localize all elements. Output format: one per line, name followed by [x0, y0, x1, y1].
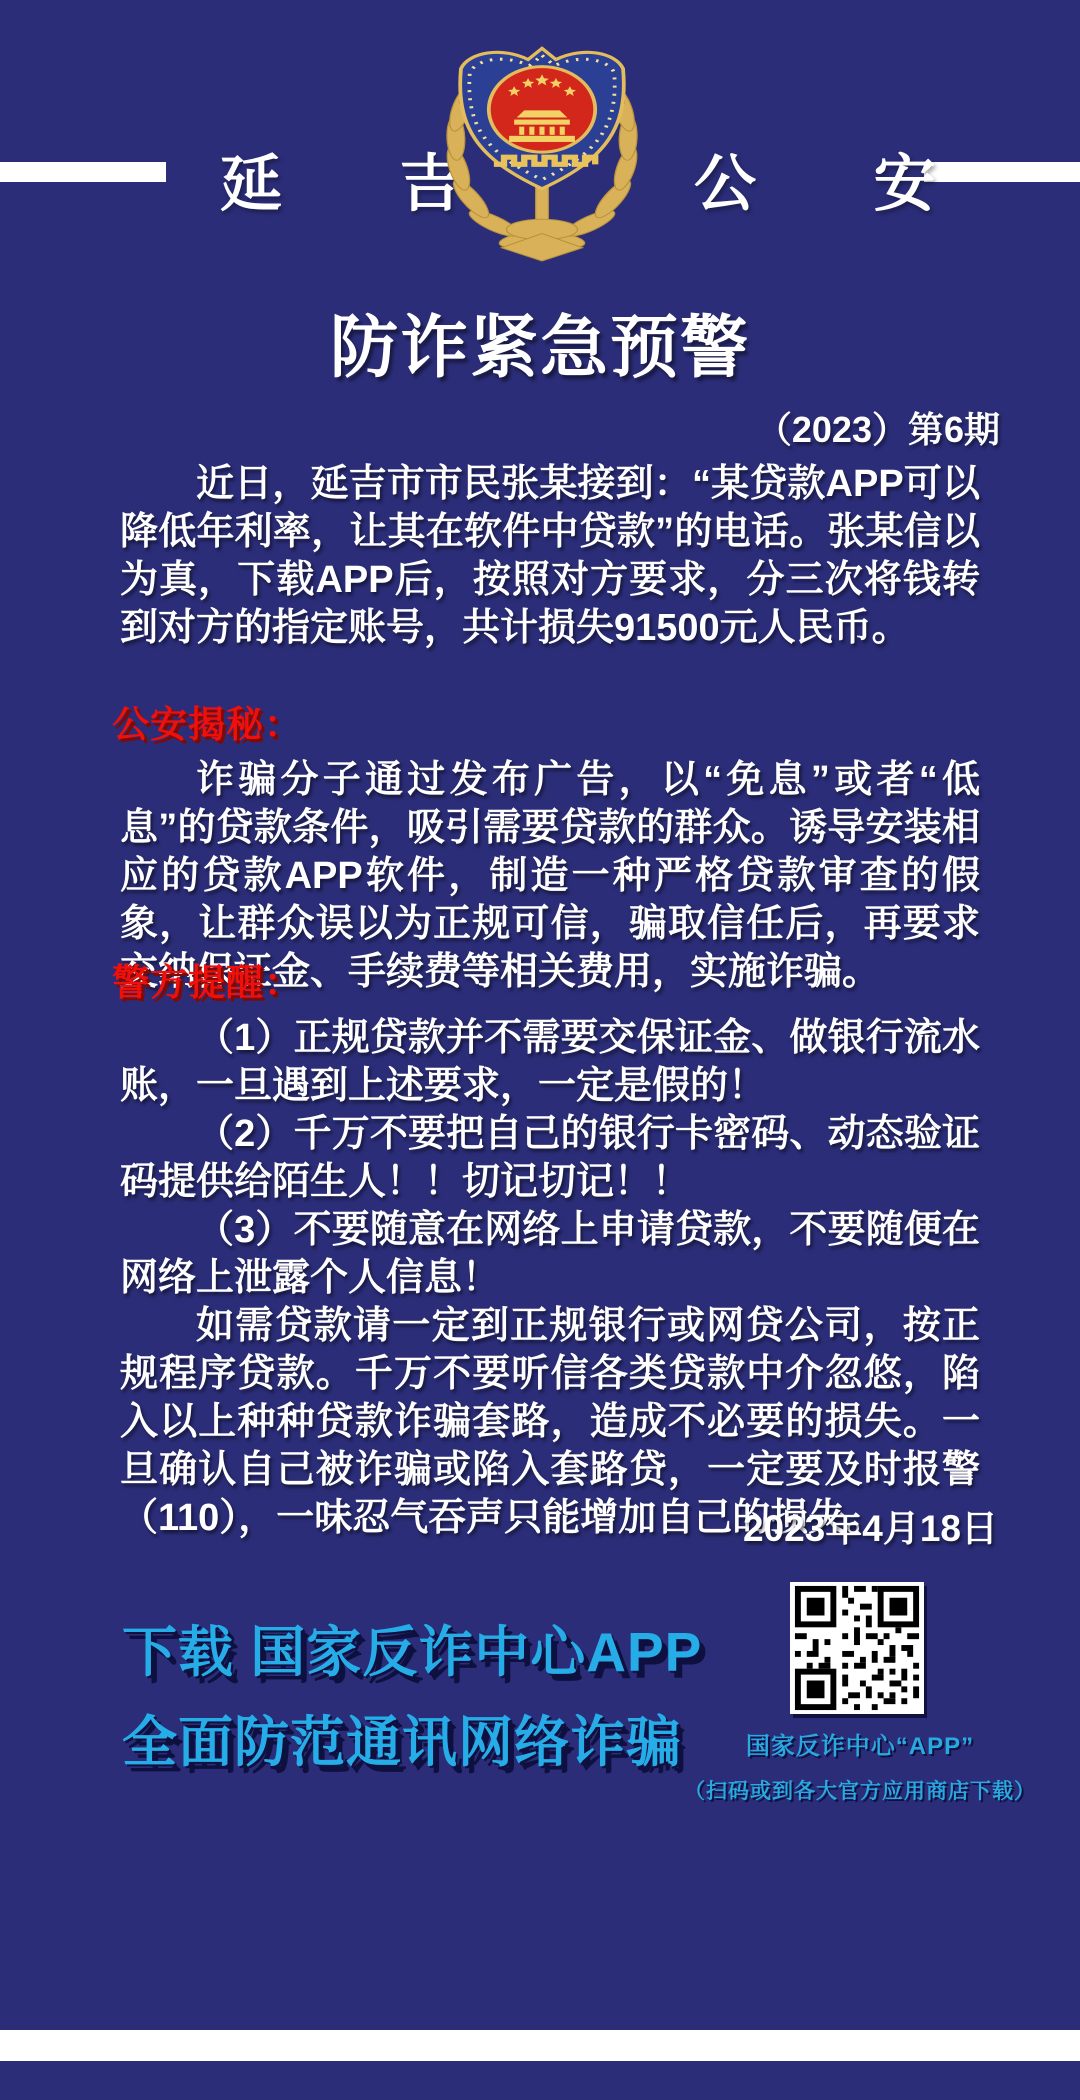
case-paragraph-block: 近日，延吉市市民张某接到：“某贷款APP可以降低年利率，让其在软件中贷款”的电话… — [120, 460, 980, 652]
anti-fraud-poster: 延 吉 公 安 — [0, 0, 1080, 2100]
qr-code — [790, 1582, 924, 1714]
poster-title: 防诈紧急预警 — [0, 294, 1080, 391]
header-left-bar — [0, 162, 166, 182]
issue-number: （2023）第6期 — [756, 402, 1000, 453]
slogan-line-1: 下载 国家反诈中心APP — [122, 1608, 702, 1687]
reveal-heading: 公安揭秘： — [112, 694, 302, 748]
issue-date: 2023年4月18日 — [743, 1498, 998, 1552]
remind-list-block: （1）正规贷款并不需要交保证金、做银行流水账，一旦遇到上述要求，一定是假的！ （… — [120, 1014, 980, 1542]
case-paragraph: 近日，延吉市市民张某接到：“某贷款APP可以降低年利率，让其在软件中贷款”的电话… — [120, 460, 980, 652]
remind-item-3: （3）不要随意在网络上申请贷款，不要随便在网络上泄露个人信息！ — [120, 1206, 980, 1302]
agency-name-right: 公 安 — [694, 134, 984, 223]
qr-caption: 国家反诈中心“APP” — [680, 1726, 1040, 1761]
slogan-line-2: 全面防范通讯网络诈骗 — [122, 1698, 682, 1777]
remind-heading: 警方提醒： — [112, 952, 302, 1006]
police-badge-icon — [428, 28, 656, 262]
qr-captions: 国家反诈中心“APP” （扫码或到各大官方应用商店下载） — [680, 1726, 1040, 1805]
bottom-stripe — [0, 2030, 1080, 2061]
remind-item-1: （1）正规贷款并不需要交保证金、做银行流水账，一旦遇到上述要求，一定是假的！ — [120, 1014, 980, 1110]
remind-item-2: （2）千万不要把自己的银行卡密码、动态验证码提供给陌生人！！切记切记！！ — [120, 1110, 980, 1206]
qr-note: （扫码或到各大官方应用商店下载） — [680, 1775, 1040, 1805]
